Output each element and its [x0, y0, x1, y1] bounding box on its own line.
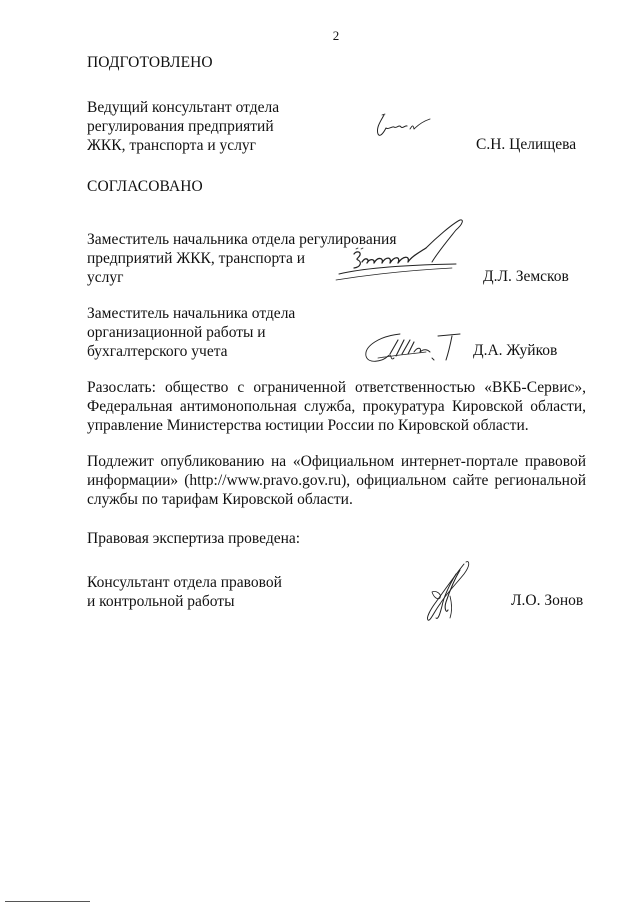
distribution-paragraph: Разослать: общество с ограниченной ответ…: [87, 378, 586, 435]
position-line: Ведущий консультант отдела: [87, 98, 279, 117]
publication-line: Подлежит опубликованию на «Официальном и…: [87, 452, 586, 471]
legal-review-heading: Правовая экспертиза проведена:: [87, 530, 300, 548]
distribution-line: Федеральная антимонопольная служба, прок…: [87, 397, 586, 416]
agreed-name-1: Д.Л. Земсков: [483, 268, 569, 286]
publication-paragraph: Подлежит опубликованию на «Официальном и…: [87, 452, 586, 509]
agreed-name-2: Д.А. Жуйков: [473, 342, 557, 360]
distribution-line: управление Министерства юстиции России п…: [87, 416, 586, 435]
signature-zemskov-image: [334, 218, 484, 284]
distribution-line: Разослать: общество с ограниченной ответ…: [87, 378, 586, 397]
publication-line: информации» (http://www.pravo.gov.ru), о…: [87, 471, 586, 490]
position-line: Заместитель начальника отдела: [87, 304, 295, 323]
prepared-position: Ведущий консультант отдела регулирования…: [87, 98, 279, 155]
position-line: ЖКК, транспорта и услуг: [87, 136, 279, 155]
position-line: организационной работы и: [87, 323, 295, 342]
signature-zhuikov-image: [360, 328, 470, 368]
signature-tselishcheva-image: [372, 112, 432, 142]
position-line: и контрольной работы: [87, 592, 282, 611]
prepared-heading: ПОДГОТОВЛЕНО: [87, 54, 213, 72]
position-line: Консультант отдела правовой: [87, 573, 282, 592]
legal-review-name: Л.О. Зонов: [511, 592, 583, 610]
agreed-heading: СОГЛАСОВАНО: [87, 178, 203, 196]
prepared-name: С.Н. Целищева: [476, 136, 576, 154]
position-line: бухгалтерского учета: [87, 342, 295, 361]
publication-line: службы по тарифам Кировской области.: [87, 490, 586, 509]
signature-zonov-image: [420, 560, 480, 626]
footnote-rule: [5, 901, 90, 902]
position-line: регулирования предприятий: [87, 117, 279, 136]
page-number: 2: [0, 28, 640, 44]
agreed-position-2: Заместитель начальника отдела организаци…: [87, 304, 295, 361]
legal-review-position: Консультант отдела правовой и контрольно…: [87, 573, 282, 611]
